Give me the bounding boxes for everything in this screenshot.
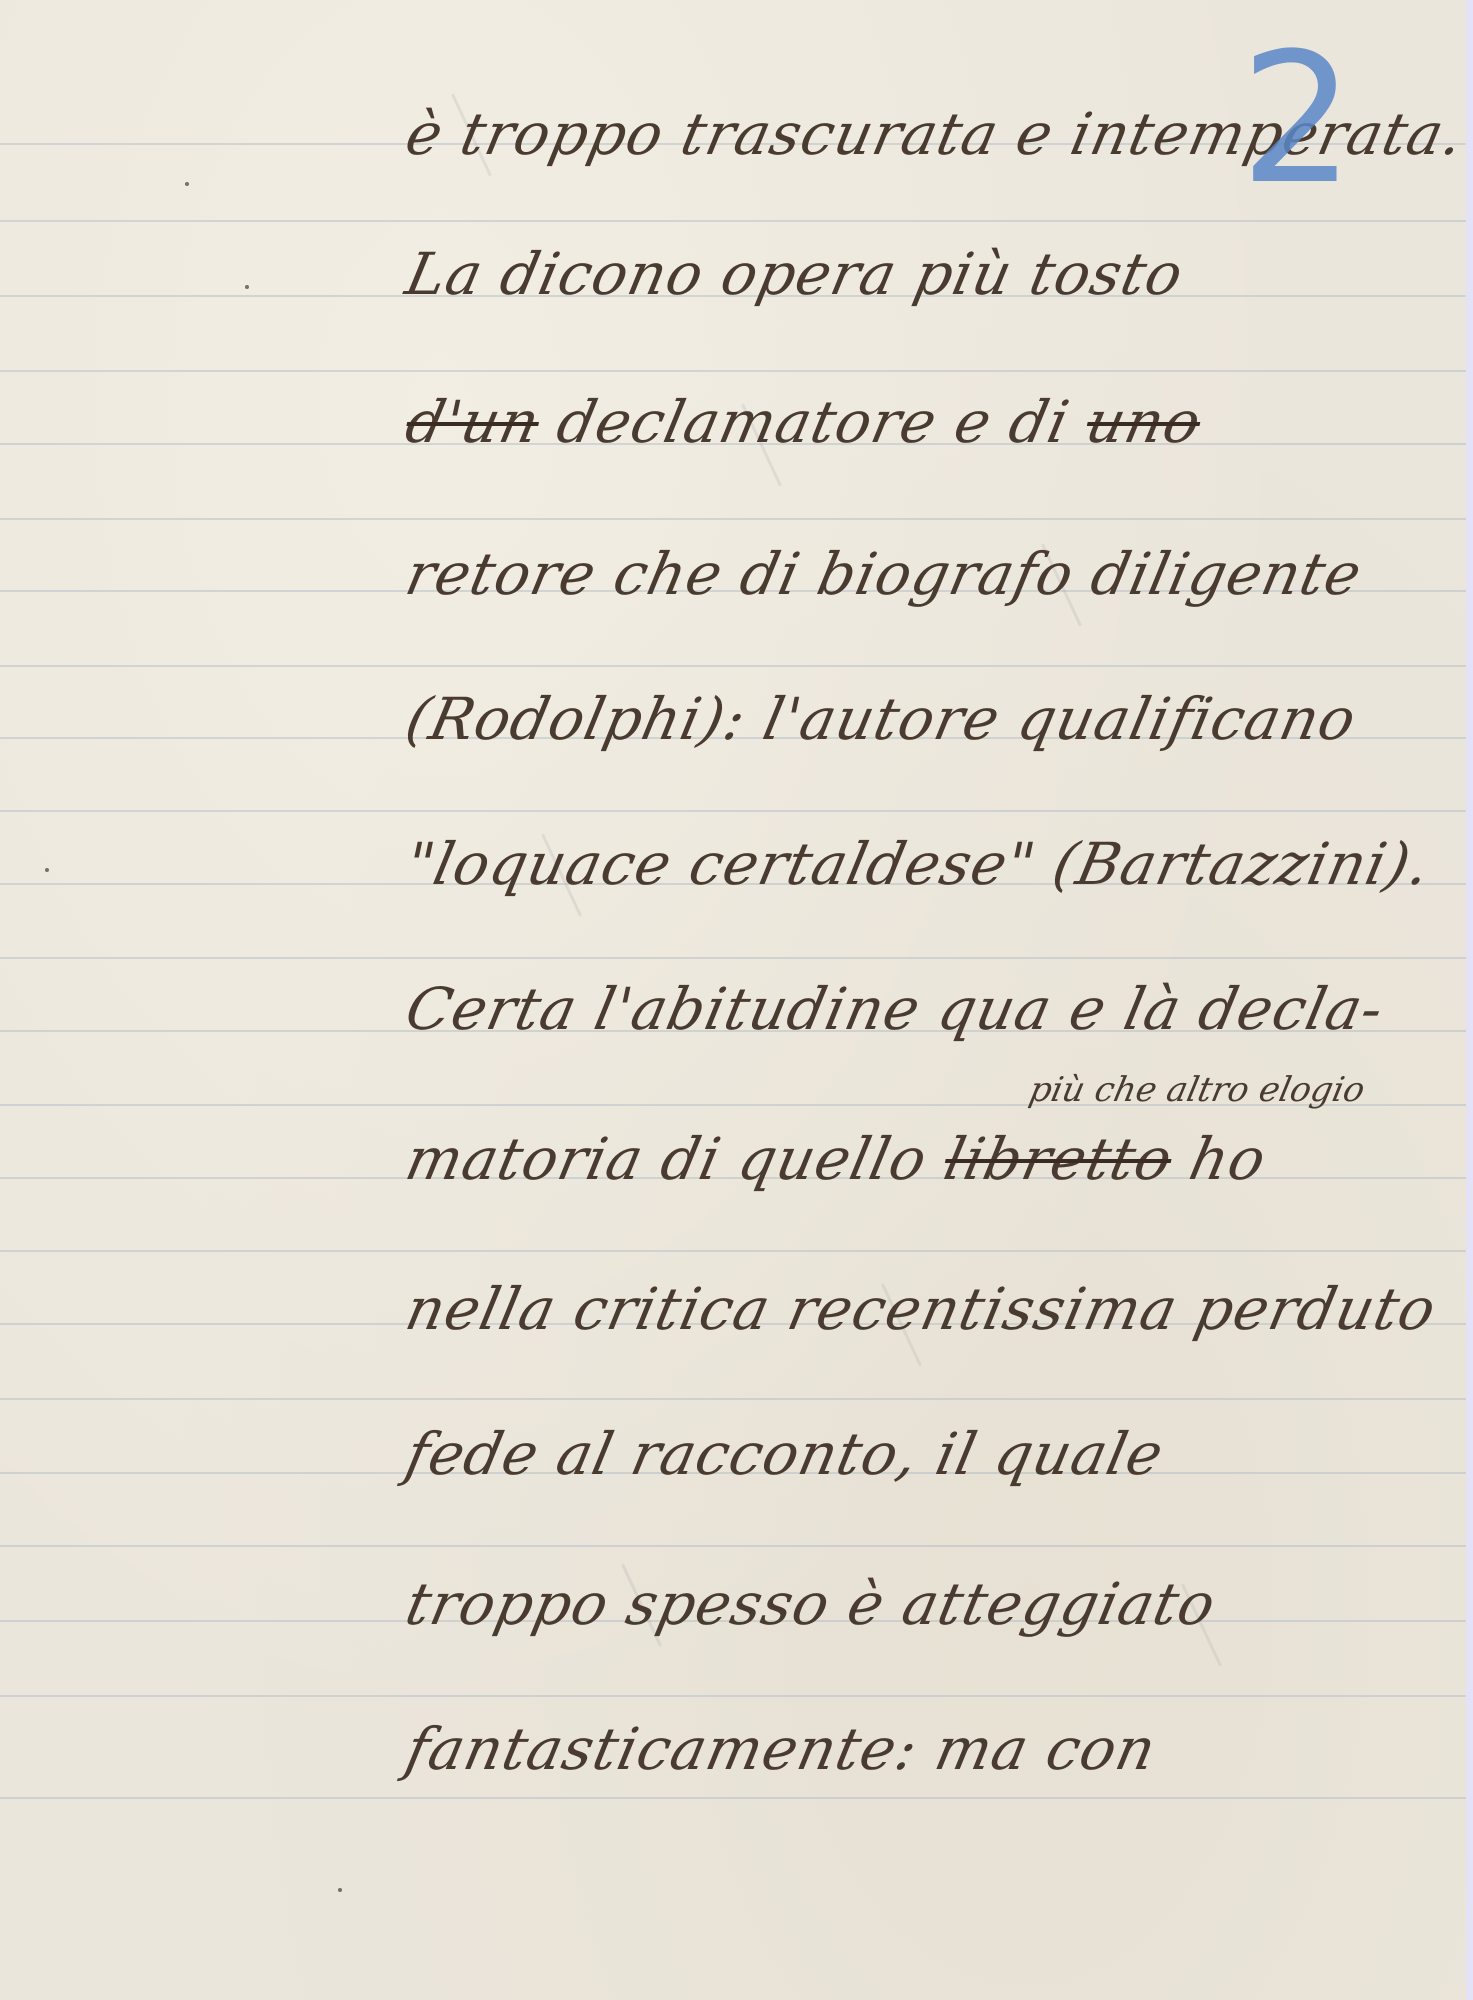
paper-speck bbox=[338, 1888, 342, 1892]
manuscript-line-8: matoria di quello libretto ho bbox=[400, 1125, 1272, 1193]
manuscript-line-7: Certa l'abitudine qua e là decla- bbox=[400, 975, 1390, 1043]
manuscript-line-3: d'un declamatore e di uno bbox=[400, 388, 1208, 456]
ruled-line bbox=[0, 810, 1466, 812]
ruled-line bbox=[0, 1545, 1466, 1547]
ruled-line bbox=[0, 370, 1466, 372]
ruled-line bbox=[0, 957, 1466, 959]
paper-speck bbox=[45, 868, 49, 872]
page-edge-border bbox=[1466, 0, 1473, 2000]
manuscript-page: è troppo trascurata e intemperata. La di… bbox=[0, 0, 1466, 2000]
paper-speck bbox=[245, 285, 249, 289]
ruled-line bbox=[0, 1695, 1466, 1697]
ruled-line bbox=[0, 665, 1466, 667]
manuscript-line-2: La dicono opera più tosto bbox=[400, 240, 1190, 308]
paper-speck bbox=[185, 182, 189, 186]
struck-word: libretto bbox=[938, 1125, 1178, 1193]
ruled-line bbox=[0, 1797, 1466, 1799]
manuscript-line-11: troppo spesso è atteggiato bbox=[400, 1570, 1222, 1638]
manuscript-line-9: nella critica recentissima perduto bbox=[400, 1275, 1442, 1343]
page-number-annotation: 2 bbox=[1240, 30, 1355, 210]
ruled-line bbox=[0, 1250, 1466, 1252]
manuscript-line-12: fantasticamente: ma con bbox=[400, 1715, 1162, 1783]
struck-word: d'un bbox=[400, 388, 546, 456]
ruled-line bbox=[0, 518, 1466, 520]
interlinear-insertion: più che altro elogio bbox=[1026, 1070, 1369, 1110]
struck-word: uno bbox=[1080, 388, 1207, 456]
manuscript-line-4: retore che di biografo diligente bbox=[400, 540, 1368, 608]
manuscript-line-10: fede al racconto, il quale bbox=[400, 1420, 1170, 1488]
ruled-line bbox=[0, 1398, 1466, 1400]
manuscript-line-5: (Rodolphi): l'autore qualificano bbox=[400, 685, 1363, 753]
manuscript-line-6: "loquace certaldese" (Bartazzini). bbox=[400, 830, 1437, 898]
